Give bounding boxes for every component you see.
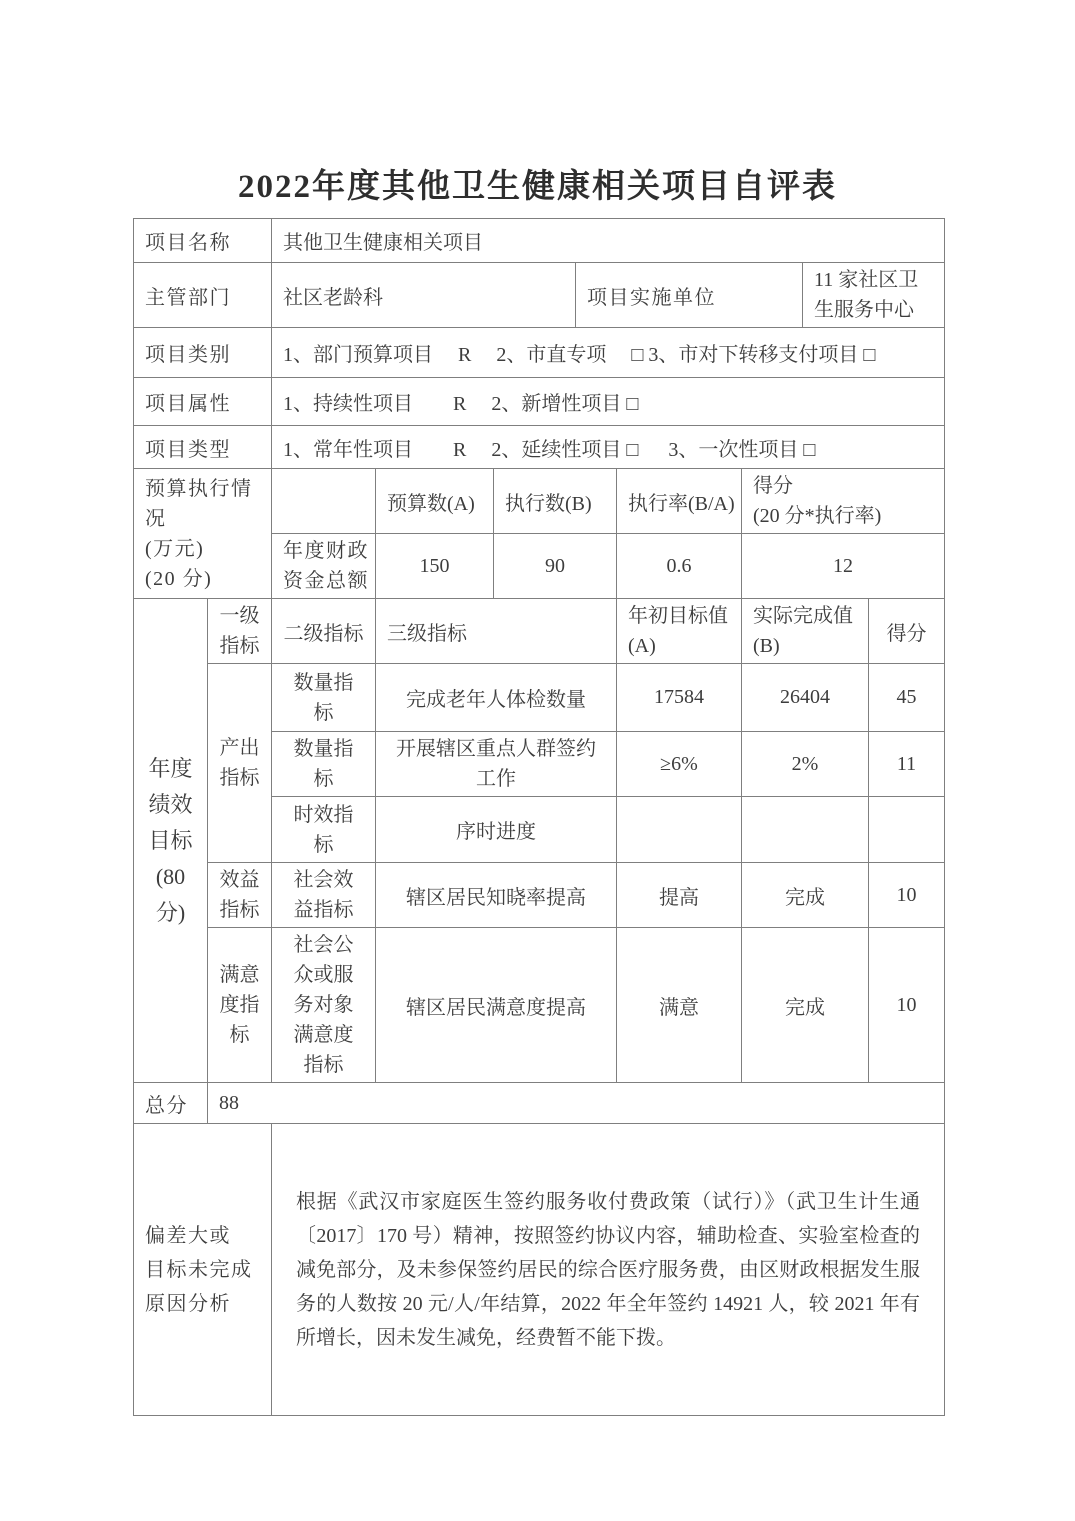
level3-cell: 辖区居民知晓率提高 — [376, 863, 617, 928]
indicator-header-row: 年度 绩效 目标 (80 分) 一级 指标 二级指标 三级指标 年初目标值 (A… — [134, 599, 945, 664]
budget-col-rate: 执行率(B/A) — [617, 469, 742, 534]
category-row: 项目类别 1、部门预算项目 R 2、市直专项 □ 3、市对下转移支付项目 □ — [134, 328, 945, 378]
target-cell — [617, 797, 742, 863]
indicator-row: 产出 指标 数量指 标 完成老年人体检数量 17584 26404 45 — [134, 664, 945, 732]
evaluation-table: 项目名称 其他卫生健康相关项目 主管部门 社区老龄科 项目实施单位 11 家社区… — [133, 218, 945, 1416]
target-cell: 17584 — [617, 664, 742, 732]
total-score-row: 总分 88 — [134, 1083, 945, 1124]
score-cell — [869, 797, 945, 863]
actual-cell: 2% — [742, 732, 869, 797]
actual-cell — [742, 797, 869, 863]
category-options: 1、部门预算项目 R 2、市直专项 □ 3、市对下转移支付项目 □ — [272, 328, 945, 378]
type-label: 项目类型 — [134, 426, 272, 469]
score-cell: 10 — [869, 928, 945, 1083]
analysis-label: 偏差大或 目标未完成 原因分析 — [134, 1124, 272, 1416]
department-value: 社区老龄科 — [272, 263, 576, 328]
benefit-indicator-label: 效益 指标 — [208, 863, 272, 928]
department-label: 主管部门 — [134, 263, 272, 328]
target-cell: ≥6% — [617, 732, 742, 797]
indicator-row: 效益 指标 社会效 益指标 辖区居民知晓率提高 提高 完成 10 — [134, 863, 945, 928]
level3-cell: 开展辖区重点人群签约 工作 — [376, 732, 617, 797]
project-name-value: 其他卫生健康相关项目 — [272, 219, 945, 263]
page-title: 2022年度其他卫生健康相关项目自评表 — [0, 160, 1075, 207]
actual-cell: 26404 — [742, 664, 869, 732]
header-target: 年初目标值 (A) — [617, 599, 742, 664]
output-indicator-label: 产出 指标 — [208, 664, 272, 863]
analysis-row: 偏差大或 目标未完成 原因分析 根据《武汉市家庭医生签约服务收付费政策（试行）》… — [134, 1124, 945, 1416]
level3-cell: 辖区居民满意度提高 — [376, 928, 617, 1083]
score-cell: 45 — [869, 664, 945, 732]
budget-value: 150 — [376, 534, 494, 599]
budget-empty-cell — [272, 469, 376, 534]
budget-col-budget: 预算数(A) — [376, 469, 494, 534]
score-cell: 10 — [869, 863, 945, 928]
rate-value: 0.6 — [617, 534, 742, 599]
attribute-row: 项目属性 1、持续性项目 R 2、新增性项目 □ — [134, 378, 945, 426]
attribute-label: 项目属性 — [134, 378, 272, 426]
level2-cell: 时效指 标 — [272, 797, 376, 863]
actual-cell: 完成 — [742, 863, 869, 928]
category-label: 项目类别 — [134, 328, 272, 378]
header-score: 得分 — [869, 599, 945, 664]
level3-cell: 完成老年人体检数量 — [376, 664, 617, 732]
header-level2: 二级指标 — [272, 599, 376, 664]
total-score-value: 88 — [208, 1083, 945, 1124]
level2-cell: 社会公 众或服 务对象 满意度 指标 — [272, 928, 376, 1083]
target-cell: 提高 — [617, 863, 742, 928]
budget-row-label: 年度财政 资金总额 — [272, 534, 376, 599]
level2-cell: 数量指 标 — [272, 664, 376, 732]
exec-value: 90 — [494, 534, 617, 599]
total-score-label: 总分 — [134, 1083, 208, 1124]
level2-cell: 社会效 益指标 — [272, 863, 376, 928]
score-value: 12 — [742, 534, 945, 599]
budget-section-label: 预算执行情况 (万元) (20 分) — [134, 469, 272, 599]
indicator-row: 满意 度指 标 社会公 众或服 务对象 满意度 指标 辖区居民满意度提高 满意 … — [134, 928, 945, 1083]
project-name-row: 项目名称 其他卫生健康相关项目 — [134, 219, 945, 263]
document-page: 2022年度其他卫生健康相关项目自评表 项目名称 其他卫生健康相关项目 主管部门… — [0, 0, 1075, 1521]
budget-col-score: 得分 (20 分*执行率) — [742, 469, 945, 534]
project-name-label: 项目名称 — [134, 219, 272, 263]
analysis-text: 根据《武汉市家庭医生签约服务收付费政策（试行）》（武卫生计生通〔2017〕170… — [272, 1124, 945, 1416]
type-options: 1、常年性项目 R 2、延续性项目 □ 3、一次性项目 □ — [272, 426, 945, 469]
budget-header-row: 预算执行情况 (万元) (20 分) 预算数(A) 执行数(B) 执行率(B/A… — [134, 469, 945, 534]
header-level1: 一级 指标 — [208, 599, 272, 664]
attribute-options: 1、持续性项目 R 2、新增性项目 □ — [272, 378, 945, 426]
satisfaction-indicator-label: 满意 度指 标 — [208, 928, 272, 1083]
header-level3: 三级指标 — [376, 599, 617, 664]
performance-section-label: 年度 绩效 目标 (80 分) — [134, 599, 208, 1083]
target-cell: 满意 — [617, 928, 742, 1083]
level2-cell: 数量指 标 — [272, 732, 376, 797]
type-row: 项目类型 1、常年性项目 R 2、延续性项目 □ 3、一次性项目 □ — [134, 426, 945, 469]
implement-unit-value: 11 家社区卫 生服务中心 — [803, 263, 945, 328]
header-actual: 实际完成值 (B) — [742, 599, 869, 664]
level3-cell: 序时进度 — [376, 797, 617, 863]
actual-cell: 完成 — [742, 928, 869, 1083]
implement-unit-label: 项目实施单位 — [576, 263, 803, 328]
department-row: 主管部门 社区老龄科 项目实施单位 11 家社区卫 生服务中心 — [134, 263, 945, 328]
score-cell: 11 — [869, 732, 945, 797]
budget-col-exec: 执行数(B) — [494, 469, 617, 534]
